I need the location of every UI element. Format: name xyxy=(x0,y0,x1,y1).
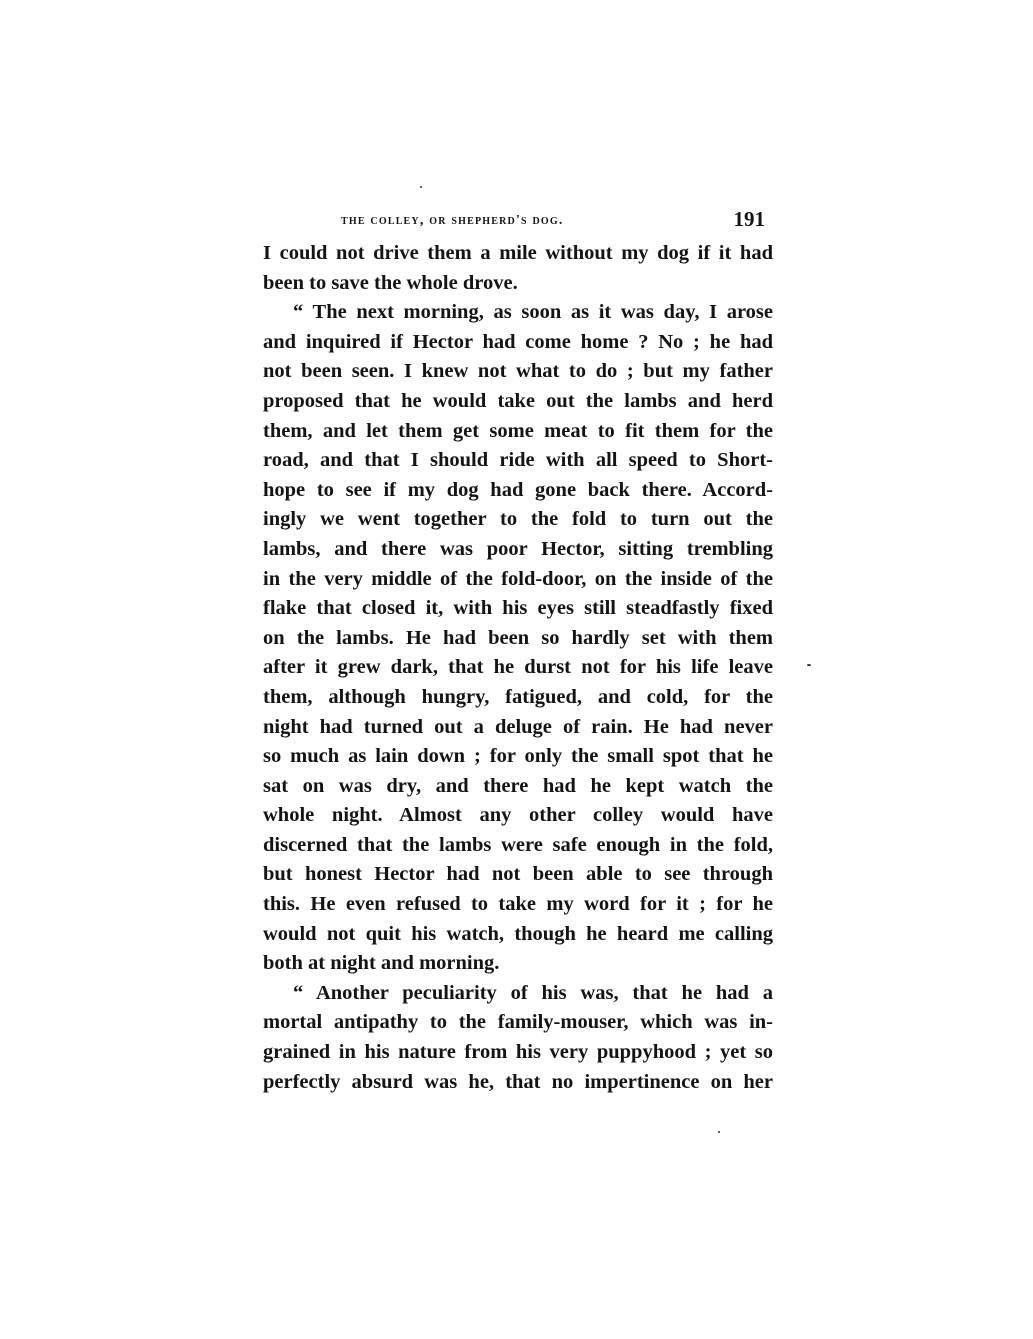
text-line: sat on was dry, and there had he kept wa… xyxy=(263,772,773,802)
text-line: both at night and morning. xyxy=(263,949,773,979)
text-line: after it grew dark, that he durst not fo… xyxy=(263,653,773,683)
text-line: whole night. Almost any other colley wou… xyxy=(263,801,773,831)
text-line: been to save the whole drove. xyxy=(263,269,773,299)
book-page: THE COLLEY, OR SHEPHERD'S DOG. 191 I cou… xyxy=(263,205,773,1097)
text-line: perfectly absurd was he, that no imperti… xyxy=(263,1068,773,1098)
scan-speck xyxy=(420,186,422,188)
text-line: not been seen. I knew not what to do ; b… xyxy=(263,357,773,387)
text-line: them, and let them get some meat to fit … xyxy=(263,417,773,447)
text-line: lambs, and there was poor Hector, sittin… xyxy=(263,535,773,565)
text-line: and inquired if Hector had come home ? N… xyxy=(263,328,773,358)
text-line: so much as lain down ; for only the smal… xyxy=(263,742,773,772)
text-line: them, although hungry, fatigued, and col… xyxy=(263,683,773,713)
running-head: THE COLLEY, OR SHEPHERD'S DOG. 191 xyxy=(263,205,773,239)
paragraph-start-line: “ The next morning, as soon as it was da… xyxy=(263,298,773,328)
text-line: night had turned out a deluge of rain. H… xyxy=(263,713,773,743)
text-line: proposed that he would take out the lamb… xyxy=(263,387,773,417)
text-line: would not quit his watch, though he hear… xyxy=(263,920,773,950)
page-number: 191 xyxy=(734,207,766,232)
text-line: on the lambs. He had been so hardly set … xyxy=(263,624,773,654)
paragraph-start-line: “ Another peculiarity of his was, that h… xyxy=(263,979,773,1009)
text-line: ingly we went together to the fold to tu… xyxy=(263,505,773,535)
scan-speck xyxy=(807,664,811,666)
body-text: I could not drive them a mile without my… xyxy=(263,239,773,1097)
text-line: mortal antipathy to the family-mouser, w… xyxy=(263,1008,773,1038)
text-line: I could not drive them a mile without my… xyxy=(263,239,773,269)
text-line: in the very middle of the fold-door, on … xyxy=(263,565,773,595)
text-line: this. He even refused to take my word fo… xyxy=(263,890,773,920)
text-line: discerned that the lambs were safe enoug… xyxy=(263,831,773,861)
text-line: but honest Hector had not been able to s… xyxy=(263,860,773,890)
text-line: road, and that I should ride with all sp… xyxy=(263,446,773,476)
running-title: THE COLLEY, OR SHEPHERD'S DOG. xyxy=(341,213,564,229)
scan-speck xyxy=(718,1131,720,1133)
text-line: hope to see if my dog had gone back ther… xyxy=(263,476,773,506)
text-line: flake that closed it, with his eyes stil… xyxy=(263,594,773,624)
text-line: grained in his nature from his very pupp… xyxy=(263,1038,773,1068)
